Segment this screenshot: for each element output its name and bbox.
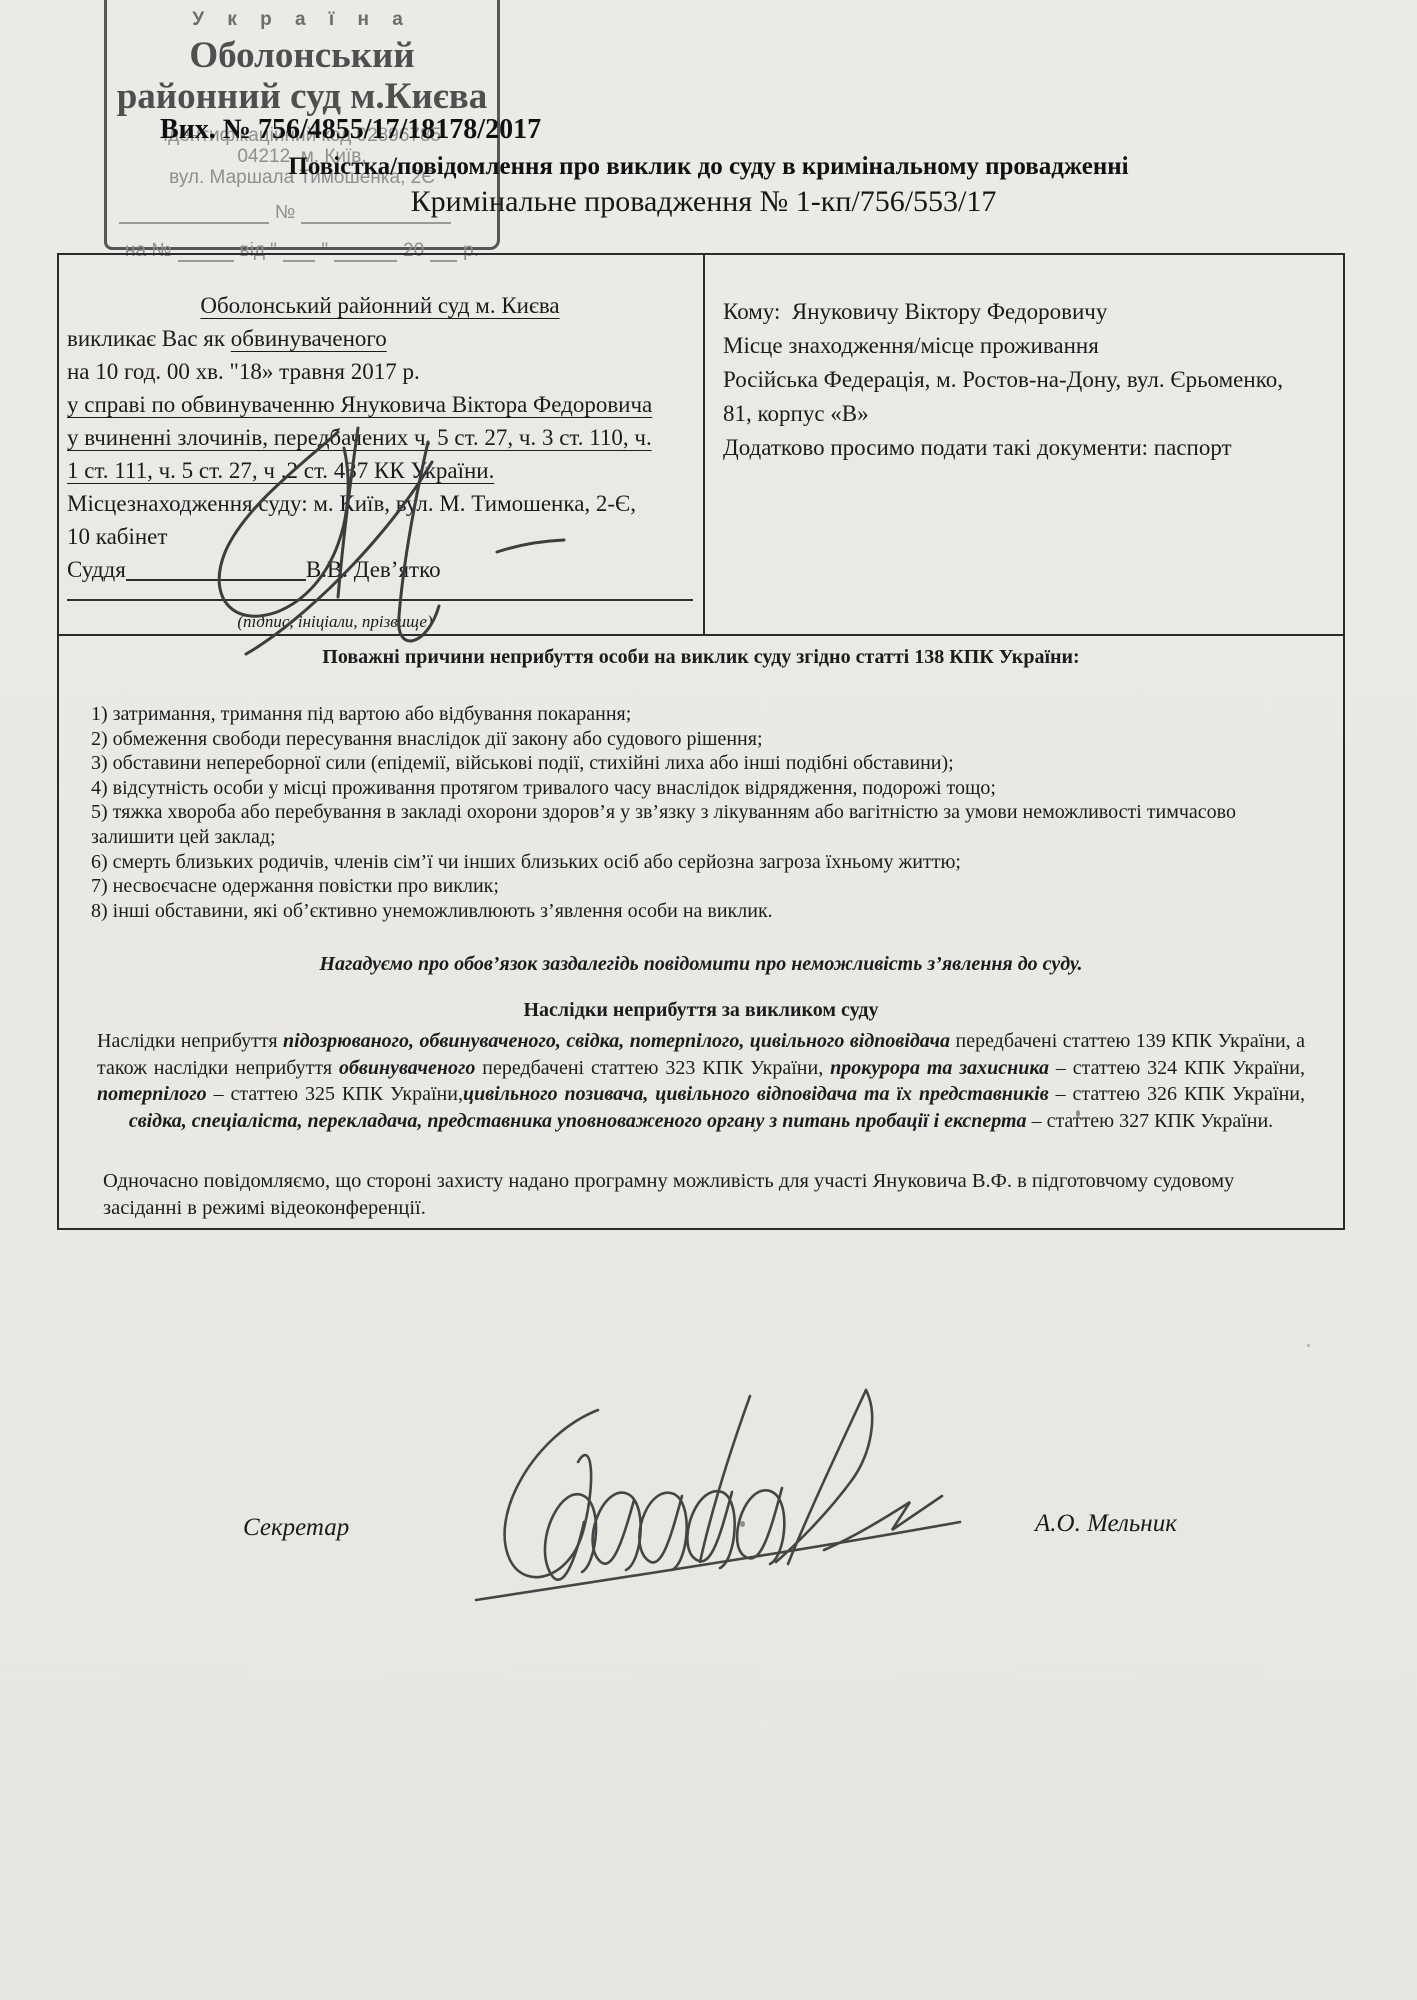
outgoing-number: Вих. № 756/4855/17/18178/2017 <box>160 114 541 146</box>
summons-table: Оболонський районний суд м. Києва виклик… <box>57 253 1345 636</box>
scan-speck <box>740 1521 745 1527</box>
secretary-label: Секретар <box>243 1514 349 1542</box>
accusation-line: у справі по обвинуваченню Януковича Вікт… <box>67 388 693 421</box>
reason-item: 5) тяжка хвороба або перебування в закла… <box>91 800 1319 849</box>
reason-item: 3) обставини непереборної сили (епідемії… <box>91 751 1319 776</box>
reasons-box: Поважні причини неприбуття особи на викл… <box>57 634 1345 1230</box>
stamp-court-name-line1: Оболонський <box>107 35 497 76</box>
text-segment: – статтею 326 КПК України, <box>1049 1083 1305 1105</box>
documents-request-line: Додатково просимо подати такі документи:… <box>723 431 1333 465</box>
text-segment: – статтею 325 КПК України, <box>207 1083 463 1105</box>
datetime-line: на 10 год. 00 хв. "18» травня 2017 р. <box>67 355 693 388</box>
residence-label: Місце знаходження/місце проживання <box>723 329 1333 363</box>
stamp-country: У к р а ї н а <box>107 9 497 31</box>
addressee-line: Кому: Януковичу Віктору Федоровичу <box>723 295 1333 329</box>
case-number-line: Кримінальне провадження № 1-кп/756/553/1… <box>0 185 1407 219</box>
reminder-line: Нагадуємо про обов’язок заздалегідь пові… <box>99 953 1303 976</box>
signature-caption: (підпис, ініціали, прізвище) <box>67 605 693 634</box>
text-segment: – статтею 324 КПК України, <box>1049 1057 1305 1079</box>
scan-speck <box>1076 1110 1080 1117</box>
emphasized-text-segment: підозрюваного, обвинуваченого, свідка, п… <box>283 1030 950 1052</box>
stamp-court-name-line2: районний суд м.Києва <box>107 76 497 117</box>
emphasized-text-segment: цивільного позивача, цивільного відповід… <box>463 1083 1049 1105</box>
reason-item: 8) інші обставини, які об’єктивно унемож… <box>91 899 1319 924</box>
court-name-line: Оболонський районний суд м. Києва <box>67 289 693 322</box>
address-line1: Російська Федерація, м. Ростов-на-Дону, … <box>723 363 1333 397</box>
emphasized-text-segment: обвинуваченого <box>339 1057 475 1079</box>
signature-underline <box>67 599 693 601</box>
consequences-paragraph: Наслідки неприбуття підозрюваного, обвин… <box>97 1028 1305 1134</box>
scanned-court-summons-page: У к р а ї н а Оболонський районний суд м… <box>0 0 1417 2000</box>
accusation-lines: у справі по обвинуваченню Януковича Вікт… <box>67 388 693 487</box>
judge-row: Суддя В.В. Дев’ятко <box>67 553 693 586</box>
reason-item: 2) обмеження свободи пересування внаслід… <box>91 727 1319 752</box>
judge-label: Суддя <box>67 553 126 586</box>
accusation-line: 1 ст. 111, ч. 5 ст. 27, ч .2 ст. 437 КК … <box>67 454 693 487</box>
emphasized-text-segment: прокурора та захисника <box>830 1057 1049 1079</box>
reason-item: 4) відсутність особи у місці проживання … <box>91 776 1319 801</box>
summons-court-cell: Оболонський районний суд м. Києва виклик… <box>59 255 705 634</box>
secretary-signature <box>420 1372 980 1622</box>
reasons-heading: Поважні причини неприбуття особи на викл… <box>59 646 1343 669</box>
reason-item: 6) смерть близьких родичів, членів сім’ї… <box>91 850 1319 875</box>
judge-signature-line <box>126 579 306 581</box>
emphasized-text-segment: потерпілого <box>97 1083 207 1105</box>
consequences-heading: Наслідки неприбуття за викликом суду <box>59 999 1343 1022</box>
reasons-list: 1) затримання, тримання під вартою або в… <box>91 702 1319 923</box>
reason-item: 7) несвоєчасне одержання повістки про ви… <box>91 874 1319 899</box>
court-location-line2: 10 кабінет <box>67 520 693 553</box>
text-segment: Наслідки неприбуття <box>97 1030 283 1052</box>
addressee-name: Януковичу Віктору Федоровичу <box>792 299 1107 324</box>
text-segment: – статтею 327 КПК України. <box>1027 1110 1274 1132</box>
secretary-name: А.О. Мельник <box>1035 1510 1177 1538</box>
court-location-line1: Місцезнаходження суду: м. Київ, вул. М. … <box>67 487 693 520</box>
text-segment: передбачені статтею 323 КПК України, <box>475 1057 830 1079</box>
address-line2: 81, корпус «В» <box>723 397 1333 431</box>
accusation-line: у вчиненні злочинів, передбачених ч. 5 с… <box>67 421 693 454</box>
reason-item: 1) затримання, тримання під вартою або в… <box>91 702 1319 727</box>
document-title: Повістка/повідомлення про виклик до суду… <box>0 153 1417 181</box>
summons-addressee-cell: Кому: Януковичу Віктору Федоровичу Місце… <box>705 255 1343 634</box>
videoconference-note: Одночасно повідомляємо, що стороні захис… <box>103 1168 1309 1222</box>
scan-speck <box>1307 1344 1310 1347</box>
called-as-line: викликає Вас як обвинуваченого <box>67 322 693 355</box>
judge-name: В.В. Дев’ятко <box>306 553 441 586</box>
emphasized-text-segment: свідка, спеціаліста, перекладача, предст… <box>129 1110 1027 1132</box>
